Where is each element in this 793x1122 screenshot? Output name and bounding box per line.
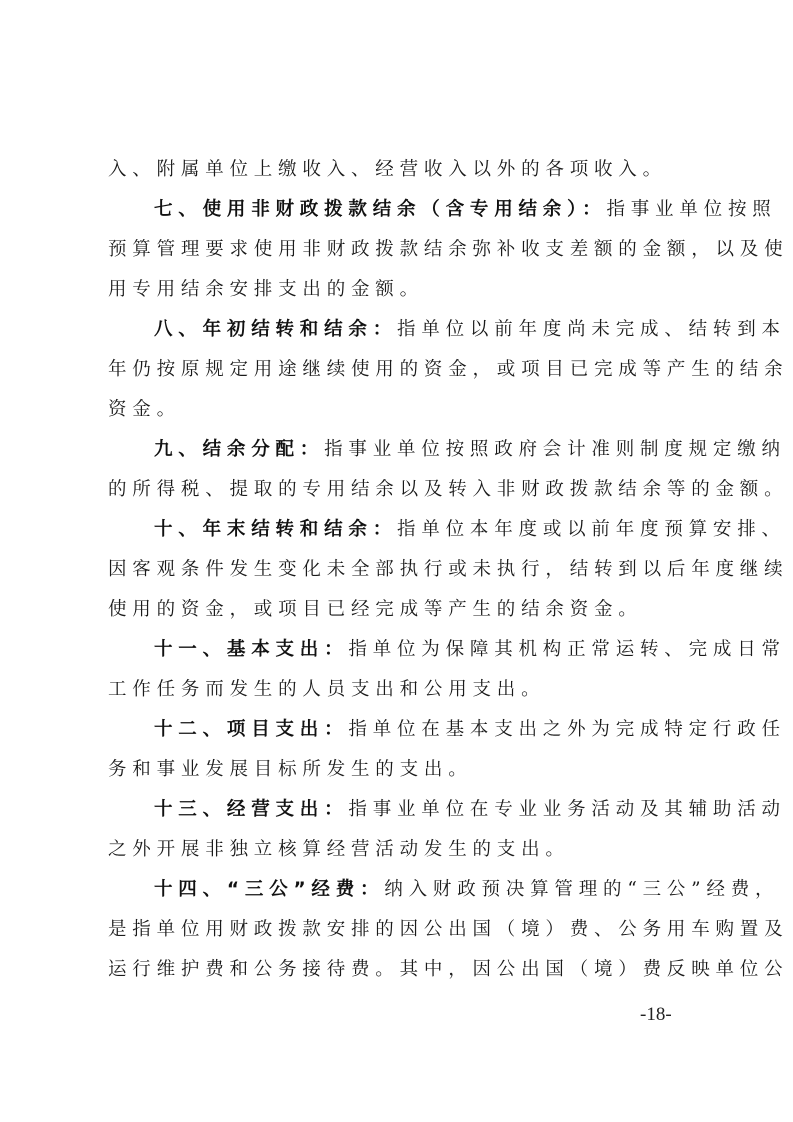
body-line: 运行维护费和公务接待费。其中，因公出国（境）费反映单位公	[108, 950, 692, 990]
paragraph-continuation-line: 入、附属单位上缴收入、经营收入以外的各项收入。	[108, 150, 692, 190]
definition-heading-line: 九、结余分配：指事业单位按照政府会计准则制度规定缴纳	[108, 430, 692, 470]
body-line: 之外开展非独立核算经营活动发生的支出。	[108, 830, 692, 870]
body-line: 使用的资金，或项目已经完成等产生的结余资金。	[108, 590, 692, 630]
body-text: 是指单位用财政拨款安排的因公出国（境）费、公务用车购置及	[108, 919, 788, 940]
definition-heading-line: 七、使用非财政拨款结余（含专用结余）：指事业单位按照	[108, 190, 692, 230]
body-text: 年仍按原规定用途继续使用的资金，或项目已完成等产生的结余	[108, 359, 788, 380]
definition-term: 九、结余分配：	[154, 439, 324, 460]
body-text: 预算管理要求使用非财政拨款结余弥补收支差额的金额，以及使	[108, 239, 788, 260]
body-text: 务和事业发展目标所发生的支出。	[108, 759, 473, 780]
body-line: 年仍按原规定用途继续使用的资金，或项目已完成等产生的结余	[108, 350, 692, 390]
body-text: 指单位以前年度尚未完成、结转到本	[397, 319, 786, 340]
definition-term: 十二、项目支出：	[154, 719, 348, 740]
body-text: 的所得税、提取的专用结余以及转入非财政拨款结余等的金额。	[108, 479, 788, 500]
body-text: 资金。	[108, 399, 181, 420]
body-line: 工作任务而发生的人员支出和公用支出。	[108, 670, 692, 710]
body-line: 预算管理要求使用非财政拨款结余弥补收支差额的金额，以及使	[108, 230, 692, 270]
body-text: 运行维护费和公务接待费。其中，因公出国（境）费反映单位公	[108, 959, 788, 980]
definition-heading-line: 十四、“三公”经费：纳入财政预决算管理的“三公”经费，	[108, 870, 692, 910]
body-line: 的所得税、提取的专用结余以及转入非财政拨款结余等的金额。	[108, 470, 692, 510]
body-text: 指事业单位在专业业务活动及其辅助活动	[348, 799, 785, 820]
body-text: 指单位在基本支出之外为完成特定行政任	[348, 719, 785, 740]
definition-heading-line: 十一、基本支出：指单位为保障其机构正常运转、完成日常	[108, 630, 692, 670]
definition-heading-line: 十三、经营支出：指事业单位在专业业务活动及其辅助活动	[108, 790, 692, 830]
document-body: 入、附属单位上缴收入、经营收入以外的各项收入。 七、使用非财政拨款结余（含专用结…	[108, 150, 692, 990]
definition-term: 十、年末结转和结余：	[154, 519, 397, 540]
body-text: 入、附属单位上缴收入、经营收入以外的各项收入。	[108, 159, 667, 180]
body-text: 指单位为保障其机构正常运转、完成日常	[348, 639, 785, 660]
body-line: 因客观条件发生变化未全部执行或未执行，结转到以后年度继续	[108, 550, 692, 590]
body-text: 使用的资金，或项目已经完成等产生的结余资金。	[108, 599, 643, 620]
definition-heading-line: 八、年初结转和结余：指单位以前年度尚未完成、结转到本	[108, 310, 692, 350]
body-line: 用专用结余安排支出的金额。	[108, 270, 692, 310]
body-text: 工作任务而发生的人员支出和公用支出。	[108, 679, 545, 700]
body-text: 纳入财政预决算管理的“三公”经费，	[384, 879, 779, 900]
definition-term: 八、年初结转和结余：	[154, 319, 397, 340]
body-text: 指事业单位按照政府会计准则制度规定缴纳	[324, 439, 786, 460]
body-text: 因客观条件发生变化未全部执行或未执行，结转到以后年度继续	[108, 559, 788, 580]
body-text: 之外开展非独立核算经营活动发生的支出。	[108, 839, 570, 860]
body-text: 用专用结余安排支出的金额。	[108, 279, 424, 300]
definition-heading-line: 十二、项目支出：指单位在基本支出之外为完成特定行政任	[108, 710, 692, 750]
definition-heading-line: 十、年末结转和结余：指单位本年度或以前年度预算安排、	[108, 510, 692, 550]
page-number: -18-	[640, 1004, 672, 1026]
body-line: 是指单位用财政拨款安排的因公出国（境）费、公务用车购置及	[108, 910, 692, 950]
definition-term: 十四、“三公”经费：	[154, 879, 384, 900]
definition-term: 十一、基本支出：	[154, 639, 348, 660]
definition-term: 七、使用非财政拨款结余（含专用结余）：	[154, 199, 606, 220]
body-line: 资金。	[108, 390, 692, 430]
body-text: 指事业单位按照	[606, 199, 776, 220]
definition-term: 十三、经营支出：	[154, 799, 348, 820]
body-text: 指单位本年度或以前年度预算安排、	[397, 519, 786, 540]
body-line: 务和事业发展目标所发生的支出。	[108, 750, 692, 790]
